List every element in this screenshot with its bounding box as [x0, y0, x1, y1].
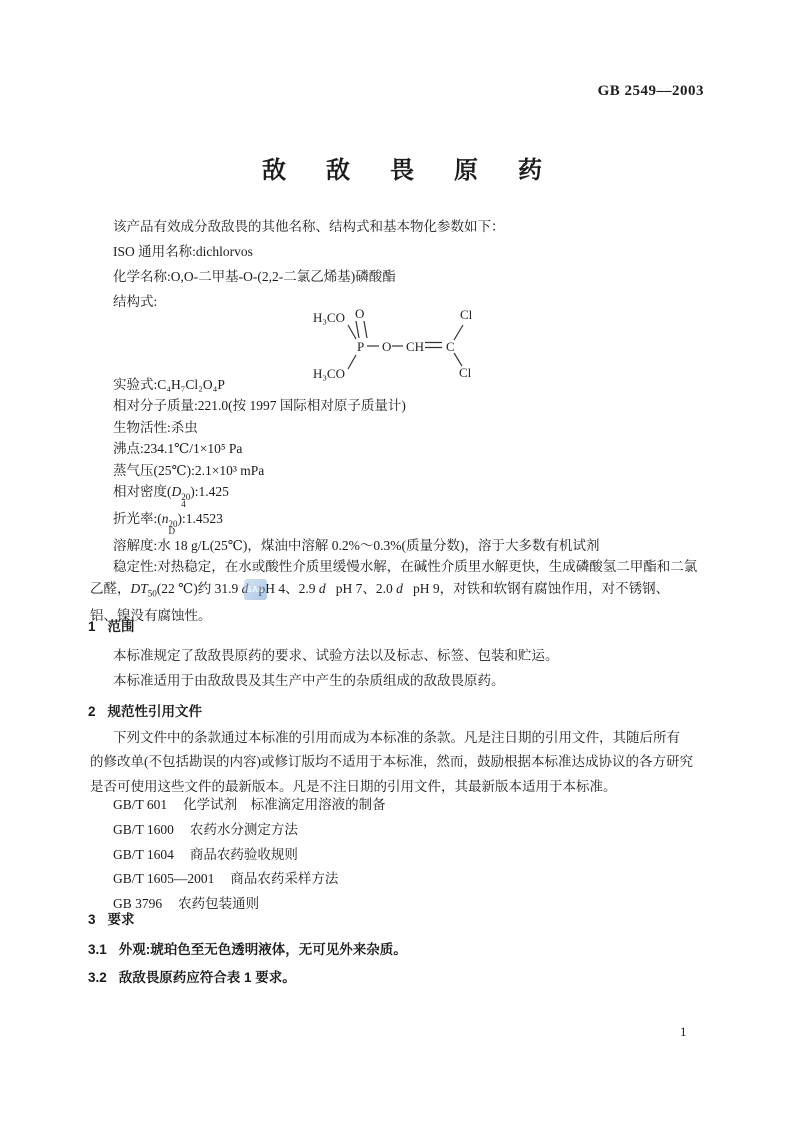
document-title: 敌敌畏原药: [262, 150, 582, 185]
section-title: 规范性引用文件: [108, 704, 203, 719]
clause-number: 3.1: [88, 942, 107, 957]
bond-p-o-double-2: [364, 321, 367, 338]
clause: 3.1外观:琥珀色至无色透明液体，无可见外来杂质。: [88, 936, 407, 964]
clause: 3.2敌敌畏原药应符合表 1 要求。: [88, 964, 407, 992]
clause-text: 外观:琥珀色至无色透明液体，无可见外来杂质。: [119, 942, 407, 957]
bond-p-o-double-1: [356, 321, 359, 338]
reference-code: GB/T 1600: [113, 822, 174, 837]
bond-c-clbottom: [454, 353, 462, 366]
section-title: 范围: [108, 619, 135, 634]
structure-label-o-top: O: [355, 306, 364, 321]
property-line: 相对密度(D204):1.425: [90, 481, 697, 508]
section-1-heading: 1范围: [88, 615, 135, 635]
intro-line: 该产品有效成分敌敌畏的其他名称、结构式和基本物化参数如下：: [90, 214, 505, 239]
references-list: GB/T 601化学试剂 标准滴定用溶液的制备 GB/T 1600农药水分测定方…: [113, 793, 386, 917]
property-line: 溶解度:水 18 g/L(25℃)，煤油中溶解 0.2%～0.3%(质量分数)，…: [90, 535, 697, 556]
property-line: 折光率:(n20D):1.4523: [90, 508, 697, 535]
reference-name: 农药包装通则: [178, 896, 259, 911]
property-line: 实验式:C₄H₇Cl₂O₄P: [90, 374, 697, 395]
property-line: 沸点:234.1℃/1×10⁵ Pa: [90, 438, 697, 459]
paragraph-line: 的修改单(不包括勘误的内容)或修订版均不适用于本标准，然而，鼓励根据本标准达成协…: [90, 750, 693, 774]
structure-label-och3-top: H₃CO: [313, 310, 345, 325]
bond-och3top-p: [348, 325, 356, 339]
property-line: 铝、镍没有腐蚀性。: [90, 605, 697, 626]
section-number: 3: [88, 912, 96, 927]
reference-item: GB 3796农药包装通则: [113, 892, 386, 917]
reference-name: 商品农药采样方法: [230, 871, 338, 886]
reference-code: GB/T 601: [113, 797, 167, 812]
paragraph-line: 本标准规定了敌敌畏原药的要求、试验方法以及标志、标签、包装和贮运。: [90, 643, 559, 668]
section-number: 2: [88, 704, 96, 719]
property-line: 乙醛，DT50(22 ℃)约 31.9 d pH 4、2.9 d pH 7、2.…: [90, 578, 697, 605]
reference-code: GB/T 1605—2001: [113, 871, 214, 886]
structure-label-cl-top: Cl: [460, 307, 473, 322]
reference-item: GB/T 601化学试剂 标准滴定用溶液的制备: [113, 793, 386, 818]
section-2-heading: 2规范性引用文件: [88, 700, 202, 720]
reference-code: GB/T 1604: [113, 847, 174, 862]
chemical-structure-diagram: H₃CO H₃CO O P O CH C Cl Cl: [303, 301, 503, 383]
reference-name: 农药水分测定方法: [190, 822, 298, 837]
section-3-heading: 3要求: [88, 908, 135, 928]
section-number: 1: [88, 619, 96, 634]
page-number: 1: [680, 1024, 687, 1040]
structure-label-p: P: [357, 339, 364, 354]
section-1-body: 本标准规定了敌敌畏原药的要求、试验方法以及标志、标签、包装和贮运。 本标准适用于…: [90, 643, 559, 693]
reference-name: 商品农药验收规则: [190, 847, 298, 862]
section-3-clauses: 3.1外观:琥珀色至无色透明液体，无可见外来杂质。 3.2敌敌畏原药应符合表 1…: [88, 936, 407, 991]
paragraph-line: 本标准适用于由敌敌畏及其生产中产生的杂质组成的敌敌畏原药。: [90, 668, 559, 693]
section-2-paragraph: 下列文件中的条款通过本标准的引用而成为本标准的条款。凡是注日期的引用文件，其随后…: [90, 726, 693, 799]
intro-line: 化学名称:O,O-二甲基-O-(2,2-二氯乙烯基)磷酸酯: [90, 264, 505, 289]
sac-watermark-logo: SAC: [244, 579, 267, 600]
section-title: 要求: [108, 912, 135, 927]
structure-label-c: C: [446, 339, 455, 354]
clause-text: 敌敌畏原药应符合表 1 要求。: [119, 970, 296, 985]
property-line: 稳定性:对热稳定，在水或酸性介质里缓慢水解，在碱性介质里水解更快，生成磷酸氢二甲…: [90, 556, 697, 577]
structure-label-ch: CH: [406, 339, 424, 354]
structure-label-o-chain: O: [382, 339, 391, 354]
intro-line: ISO 通用名称:dichlorvos: [90, 239, 505, 264]
reference-item: GB/T 1604商品农药验收规则: [113, 843, 386, 868]
bond-c-cltop: [454, 325, 463, 340]
reference-name: 化学试剂 标准滴定用溶液的制备: [183, 797, 386, 812]
properties-block: 实验式:C₄H₇Cl₂O₄P 相对分子质量:221.0(按 1997 国际相对原…: [90, 374, 697, 626]
bond-och3bottom-p: [348, 355, 356, 369]
reference-item: GB/T 1600农药水分测定方法: [113, 818, 386, 843]
intro-block: 该产品有效成分敌敌畏的其他名称、结构式和基本物化参数如下： ISO 通用名称:d…: [90, 214, 505, 314]
reference-item: GB/T 1605—2001商品农药采样方法: [113, 867, 386, 892]
property-line: 相对分子质量:221.0(按 1997 国际相对原子质量计): [90, 395, 697, 416]
paragraph-line: 下列文件中的条款通过本标准的引用而成为本标准的条款。凡是注日期的引用文件，其随后…: [90, 726, 693, 750]
standard-code: GB 2549—2003: [598, 83, 704, 100]
property-line: 生物活性:杀虫: [90, 417, 697, 438]
document-page: GB 2549—2003 敌敌畏原药 该产品有效成分敌敌畏的其他名称、结构式和基…: [0, 0, 794, 1123]
clause-number: 3.2: [88, 970, 107, 985]
property-line: 蒸气压(25℃):2.1×10³ mPa: [90, 460, 697, 481]
